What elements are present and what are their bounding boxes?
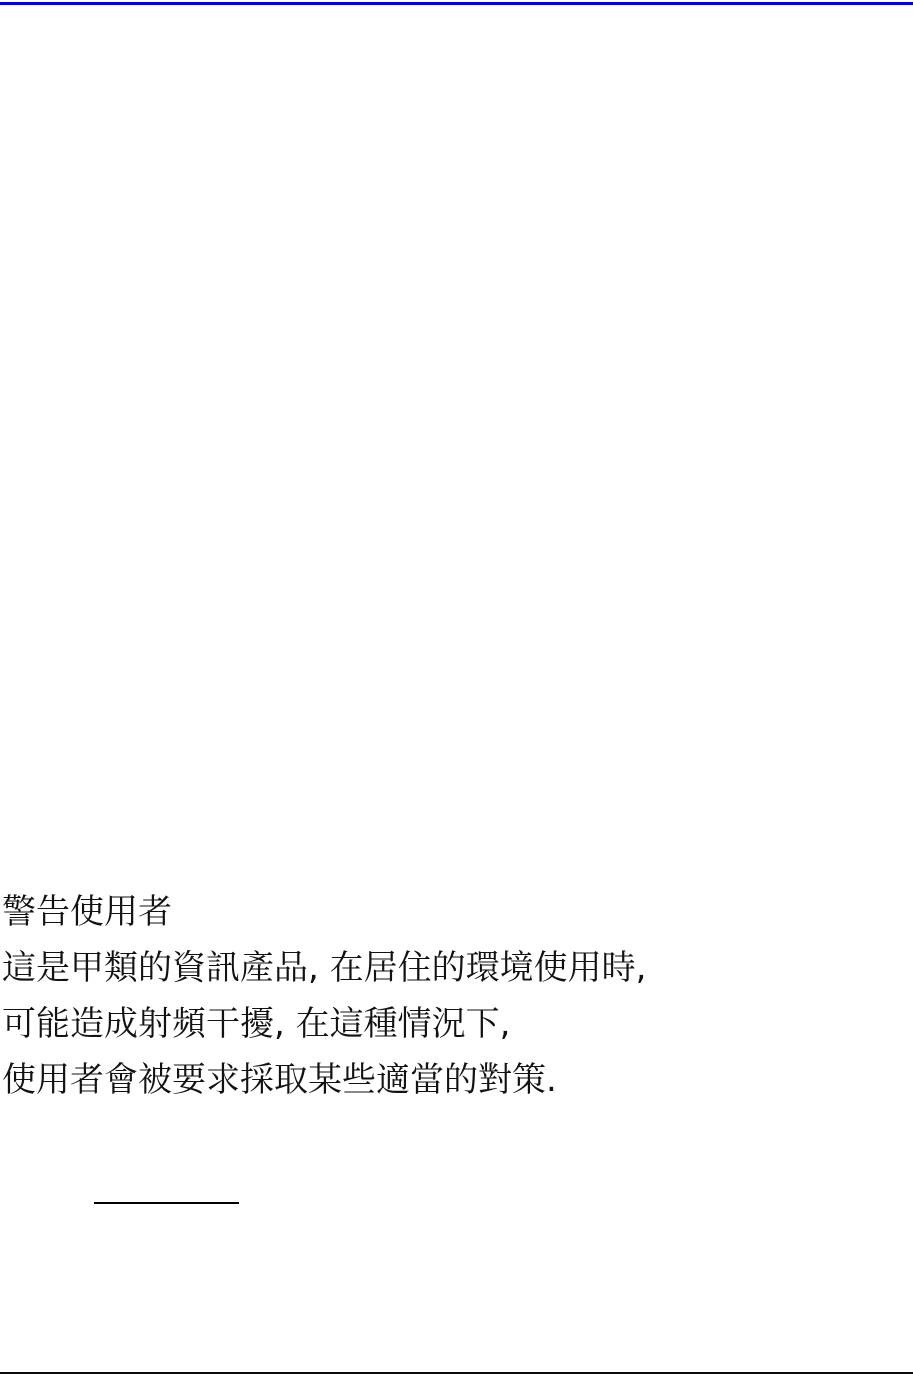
blank-underline [94,1202,239,1204]
bottom-divider [0,1372,913,1374]
warning-line: 這是甲類的資訊產品, 在居住的環境使用時, [2,940,902,996]
class-a-warning-text: 警告使用者 這是甲類的資訊產品, 在居住的環境使用時, 可能造成射頻干擾, 在這… [2,884,902,1108]
warning-title-line: 警告使用者 [2,884,902,940]
warning-line: 可能造成射頻干擾, 在這種情況下, [2,996,902,1052]
document-page: 警告使用者 這是甲類的資訊產品, 在居住的環境使用時, 可能造成射頻干擾, 在這… [0,0,913,1378]
warning-line: 使用者會被要求採取某些適當的對策. [2,1052,902,1108]
top-divider [0,2,913,5]
